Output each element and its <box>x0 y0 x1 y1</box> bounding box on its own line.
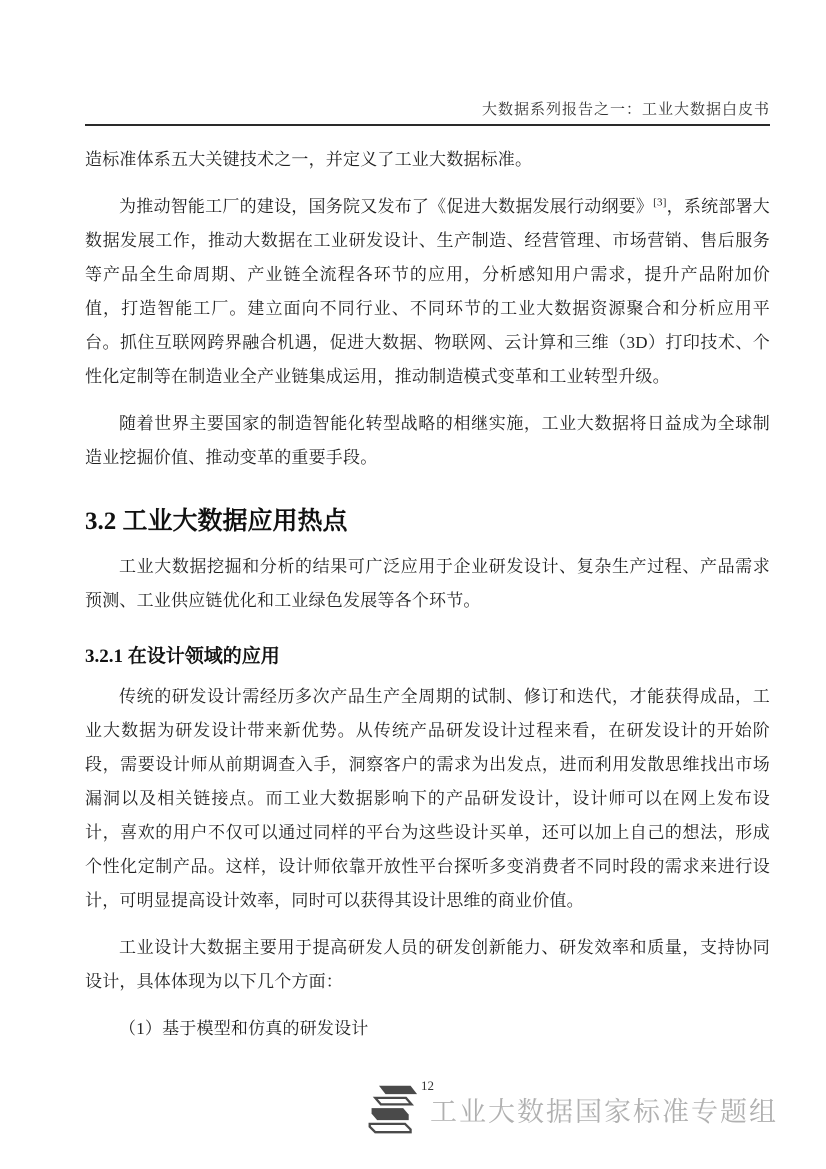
section-3-2-1-title: 在设计领域的应用 <box>128 646 280 667</box>
section-3-2-title: 工业大数据应用热点 <box>123 507 348 535</box>
footer-logo: 工业大数据国家标准专题组 <box>364 1083 778 1135</box>
paragraph-policy-text-pre: 为推动智能工厂的建设，国务院又发布了《促进大数据发展行动纲要》 <box>119 197 653 216</box>
running-head-title: 大数据系列报告之一：工业大数据白皮书 <box>482 102 770 118</box>
section-heading-3-2: 3.2 工业大数据应用热点 <box>85 505 770 538</box>
footer-logo-text: 工业大数据国家标准专题组 <box>430 1090 778 1129</box>
paragraph-design-summary: 工业设计大数据主要用于提高研发人员的研发创新能力、研发效率和质量，支持协同设计，… <box>85 931 770 999</box>
document-page: 大数据系列报告之一：工业大数据白皮书 造标准体系五大关键技术之一，并定义了工业大… <box>0 0 826 1169</box>
paragraph-3-2-intro: 工业大数据挖掘和分析的结果可广泛应用于企业研发设计、复杂生产过程、产品需求预测、… <box>85 550 770 618</box>
page-header: 大数据系列报告之一：工业大数据白皮书 <box>85 98 770 126</box>
section-3-2-1-number: 3.2.1 <box>85 646 123 667</box>
paragraph-policy-text-post: ，系统部署大数据发展工作，推动大数据在工业研发设计、生产制造、经营管理、市场营销… <box>85 197 770 386</box>
book-stack-icon <box>364 1083 420 1135</box>
paragraph-trend: 随着世界主要国家的制造智能化转型战略的相继实施，工业大数据将日益成为全球制造业挖… <box>85 407 770 475</box>
citation-ref-3: [3] <box>653 196 666 208</box>
paragraph-design-application: 传统的研发设计需经历多次产品生产全周期的试制、修订和迭代，才能获得成品，工业大数… <box>85 680 770 918</box>
paragraph-continuation: 造标准体系五大关键技术之一，并定义了工业大数据标准。 <box>85 143 770 177</box>
section-heading-3-2-1: 3.2.1 在设计领域的应用 <box>85 644 770 670</box>
paragraph-policy: 为推动智能工厂的建设，国务院又发布了《促进大数据发展行动纲要》[3]，系统部署大… <box>85 190 770 394</box>
list-item-model-simulation: （1）基于模型和仿真的研发设计 <box>85 1012 770 1046</box>
section-3-2-number: 3.2 <box>85 508 116 535</box>
document-body: 造标准体系五大关键技术之一，并定义了工业大数据标准。 为推动智能工厂的建设，国务… <box>85 143 770 1046</box>
